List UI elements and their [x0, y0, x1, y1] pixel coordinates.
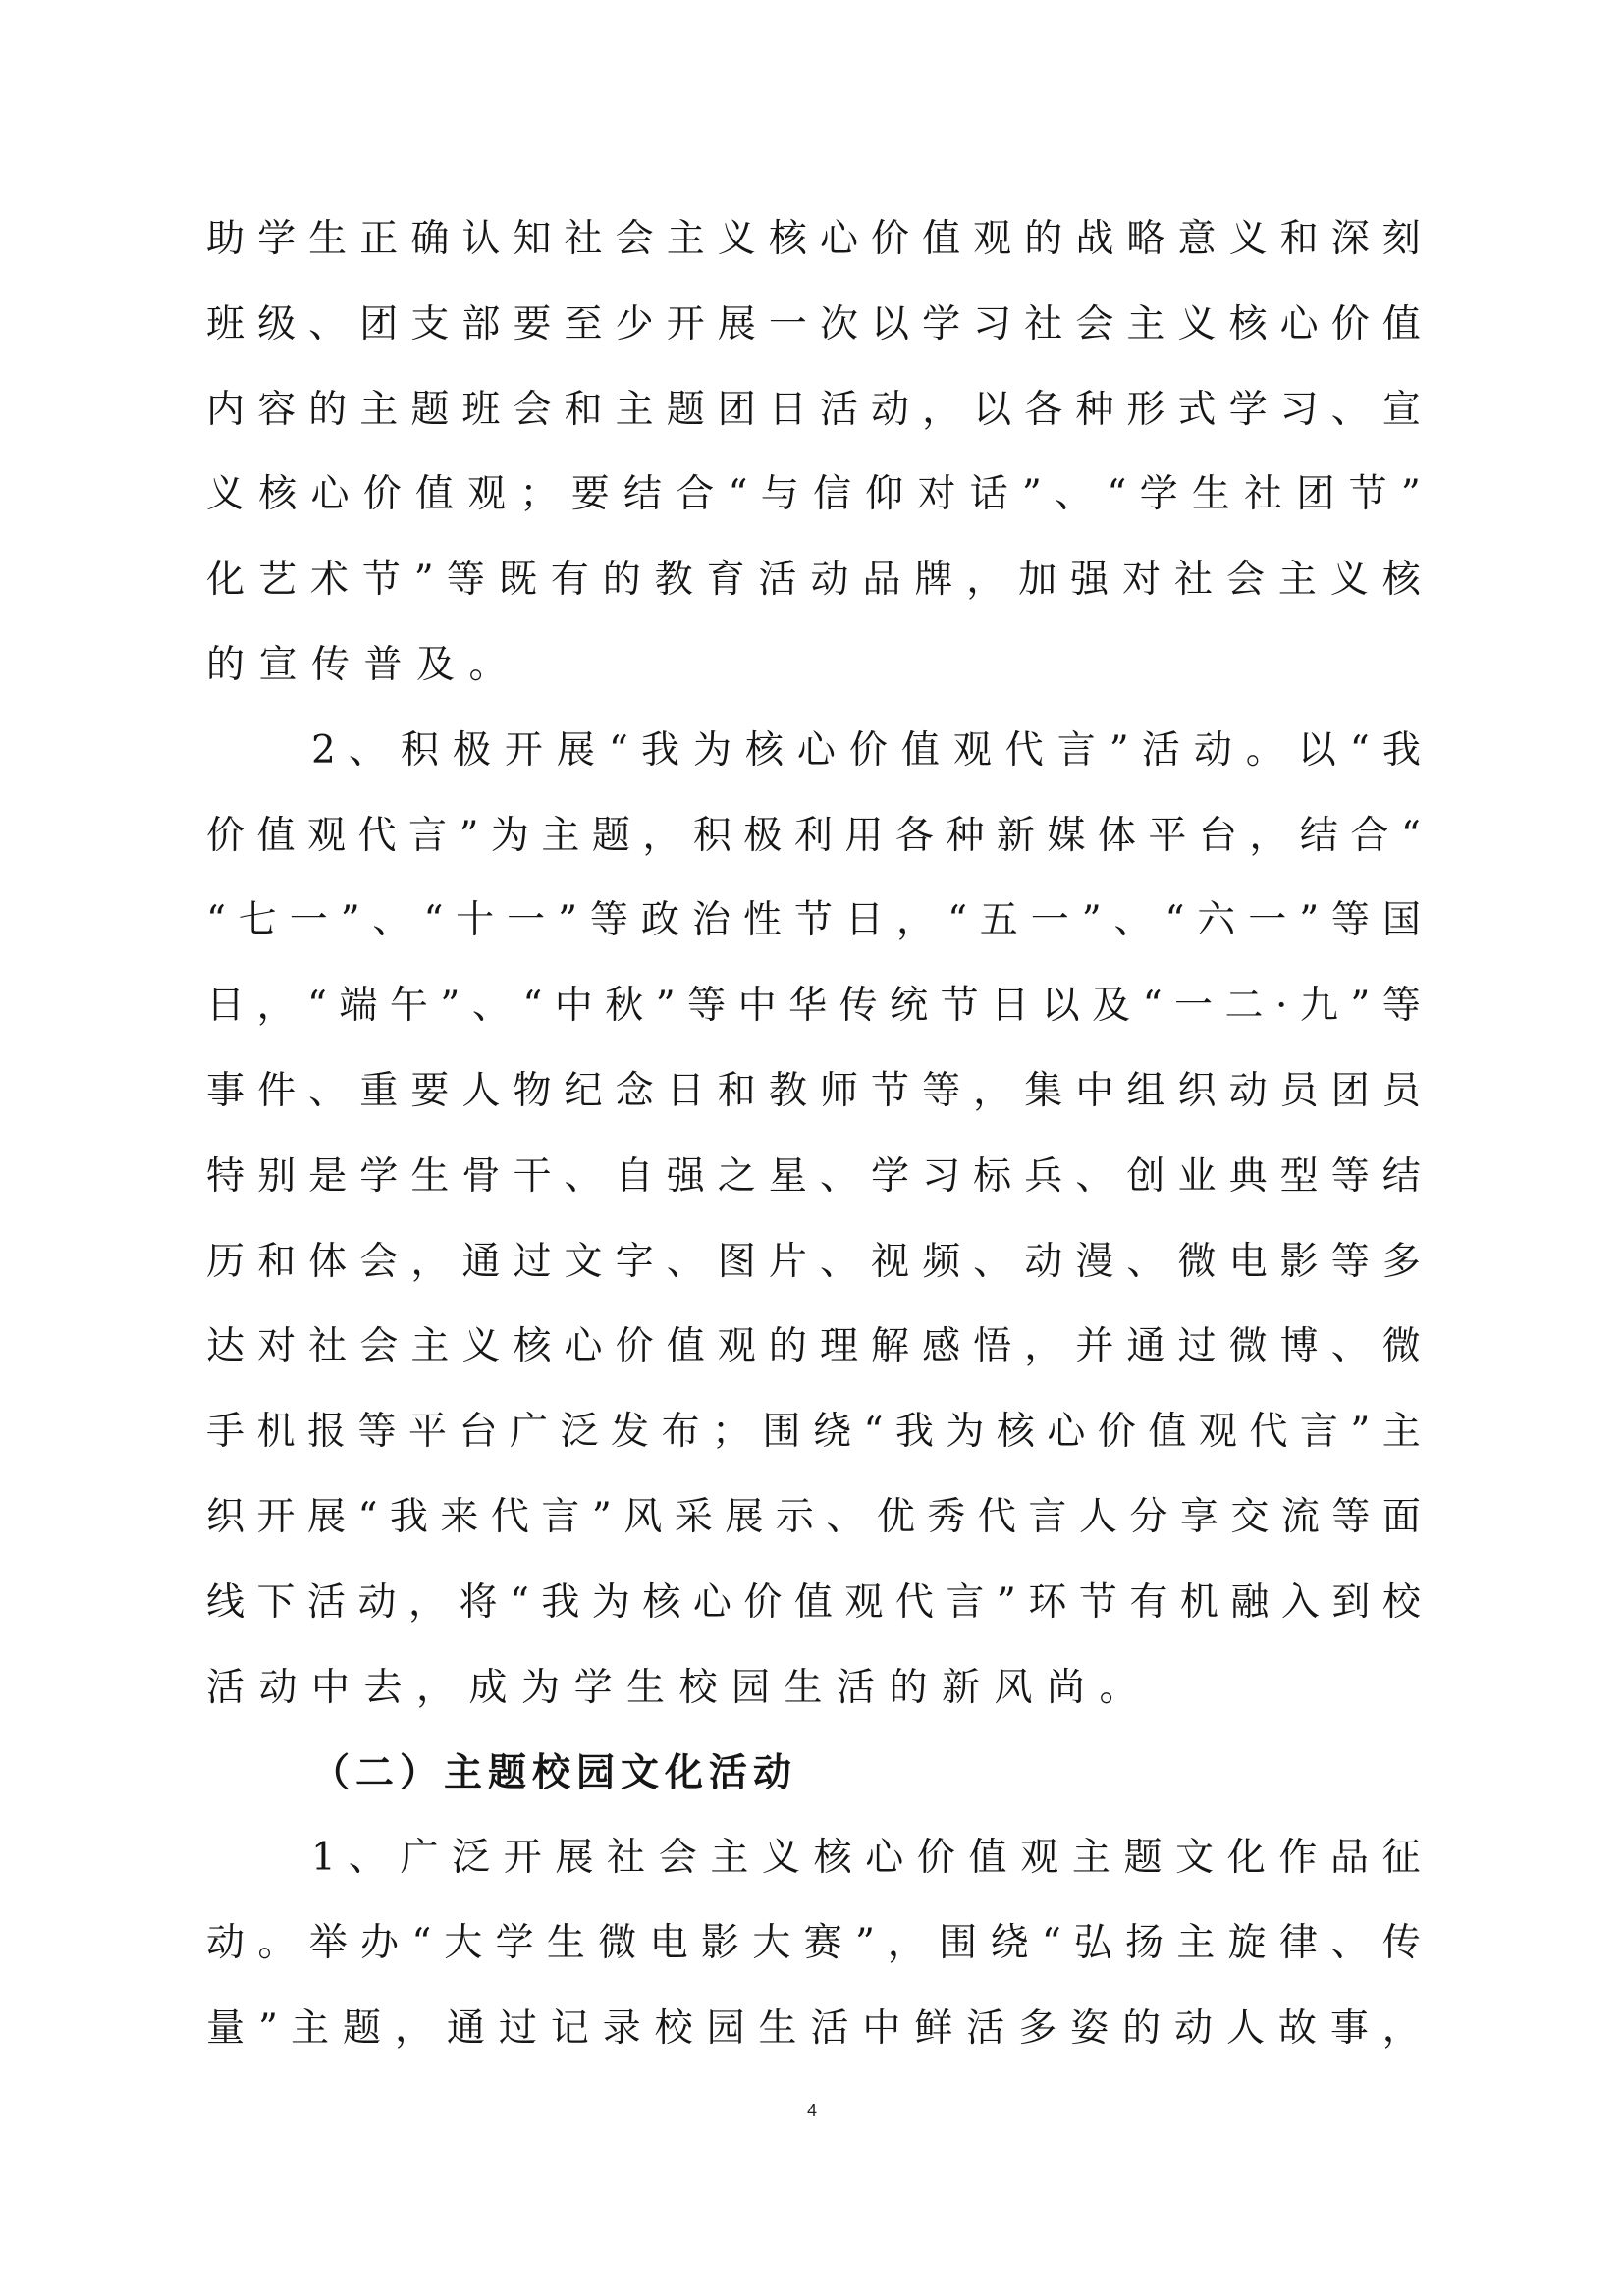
- paragraph-end-line: 的宣传普及。: [206, 638, 1421, 693]
- body-text-line: 班 级 、 团 支 部 要 至 少 开 展 一 次 以 学 习 社 会 主 义 …: [206, 297, 1421, 352]
- document-page: 助 学 生 正 确 认 知 社 会 主 义 核 心 价 值 观 的 战 略 意 …: [0, 0, 1624, 2296]
- item-1-first-line: 1 、 广 泛 开 展 社 会 主 义 核 心 价 值 观 主 题 文 化 作 …: [311, 1831, 1421, 1886]
- body-text-line: 事 件 、 重 要 人 物 纪 念 日 和 教 师 节 等 ， 集 中 组 织 …: [206, 1064, 1421, 1119]
- section-heading: （二）主题校园文化活动: [311, 1745, 1421, 1800]
- paragraph-end-line: 活动中去，成为学生校园生活的新风尚。: [206, 1661, 1421, 1716]
- body-text-line: 内 容 的 主 题 班 会 和 主 题 团 日 活 动 ， 以 各 种 形 式 …: [206, 383, 1421, 438]
- body-text-line: 达 对 社 会 主 义 核 心 价 值 观 的 理 解 感 悟 ， 并 通 过 …: [206, 1319, 1421, 1374]
- item-2-first-line: 2 、 积 极 开 展 “ 我 为 核 心 价 值 观 代 言 ” 活 动 。 …: [311, 723, 1421, 778]
- body-text-line: 日 ， “ 端 午 ” 、 “ 中 秋 ” 等 中 华 传 统 节 日 以 及 …: [206, 979, 1421, 1034]
- body-text-line: 量 ” 主 题 ， 通 过 记 录 校 园 生 活 中 鲜 活 多 姿 的 动 …: [206, 2002, 1421, 2056]
- body-text-line: 义 核 心 价 值 观 ； 要 结 合 “ 与 信 仰 对 话 ” 、 “ 学 …: [206, 467, 1421, 522]
- body-text-line: 助 学 生 正 确 认 知 社 会 主 义 核 心 价 值 观 的 战 略 意 …: [206, 212, 1421, 267]
- body-text-line: 化 艺 术 节 ” 等 既 有 的 教 育 活 动 品 牌 ， 加 强 对 社 …: [206, 553, 1421, 608]
- body-text-line: “ 七 一 ” 、 “ 十 一 ” 等 政 治 性 节 日 ， “ 五 一 ” …: [206, 893, 1421, 948]
- page-number: 4: [792, 2101, 832, 2121]
- body-text-line: 价 值 观 代 言 ” 为 主 题 ， 积 极 利 用 各 种 新 媒 体 平 …: [206, 809, 1421, 864]
- body-text-line: 特 别 是 学 生 骨 干 、 自 强 之 星 、 学 习 标 兵 、 创 业 …: [206, 1149, 1421, 1204]
- body-text-line: 历 和 体 会 ， 通 过 文 字 、 图 片 、 视 频 、 动 漫 、 微 …: [206, 1235, 1421, 1290]
- body-text-line: 动 。 举 办 “ 大 学 生 微 电 影 大 赛 ” ， 围 绕 “ 弘 扬 …: [206, 1916, 1421, 1971]
- body-text-line: 线 下 活 动 ， 将 “ 我 为 核 心 价 值 观 代 言 ” 环 节 有 …: [206, 1575, 1421, 1630]
- body-text-line: 织 开 展 “ 我 来 代 言 ” 风 采 展 示 、 优 秀 代 言 人 分 …: [206, 1490, 1421, 1545]
- body-text-line: 手 机 报 等 平 台 广 泛 发 布 ； 围 绕 “ 我 为 核 心 价 值 …: [206, 1405, 1421, 1460]
